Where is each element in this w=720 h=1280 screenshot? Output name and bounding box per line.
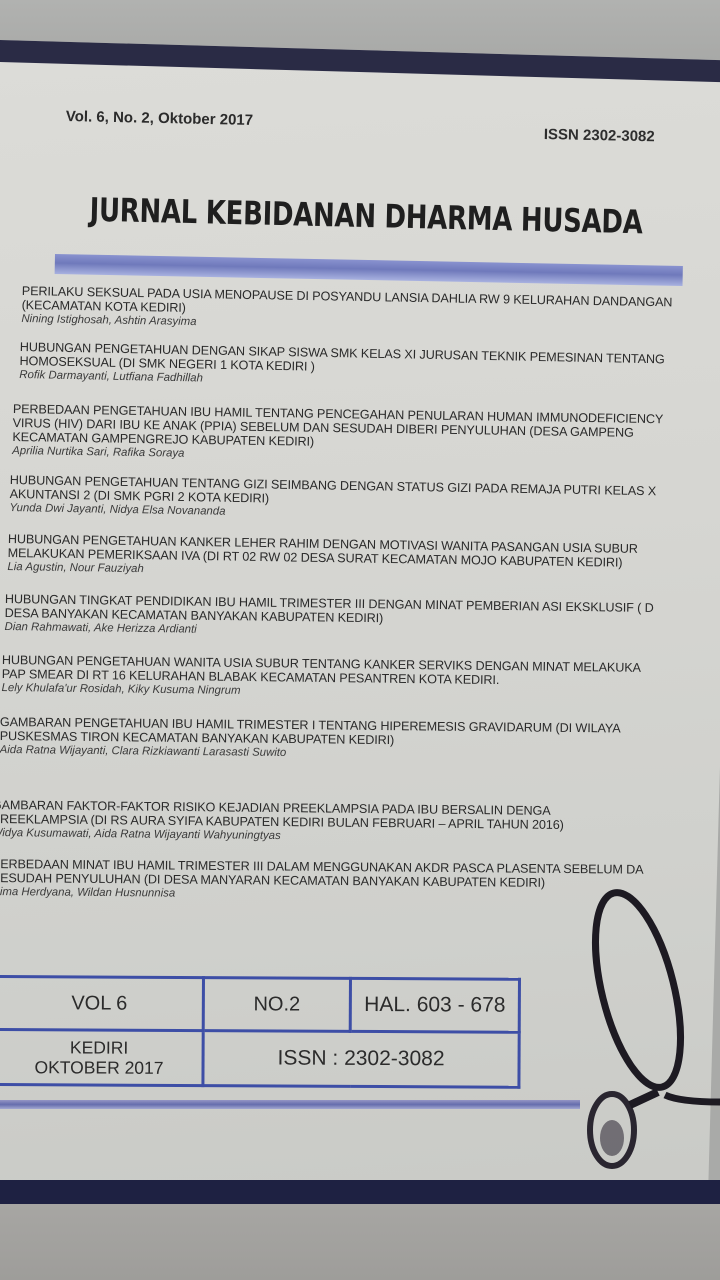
article-entry: GAMBARAN PENGETAHUAN IBU HAMIL TRIMESTER…: [0, 715, 621, 764]
article-entry: HUBUNGAN TINGKAT PENDIDIKAN IBU HAMIL TR…: [4, 592, 653, 644]
article-entry: PERBEDAAN MINAT IBU HAMIL TRIMESTER III …: [0, 857, 644, 906]
city-label: KEDIRI: [0, 1037, 202, 1058]
background-surface-bottom: [0, 1204, 720, 1280]
cover-bottom-band: [0, 1180, 720, 1204]
date-label: OKTOBER 2017: [0, 1057, 202, 1078]
pages-cell: HAL. 603 - 678: [350, 978, 519, 1032]
publication-info-table: VOL 6 NO.2 HAL. 603 - 678 KEDIRI OKTOBER…: [0, 975, 521, 1089]
article-entry: PERBEDAAN PENGETAHUAN IBU HAMIL TENTANG …: [12, 402, 663, 469]
issue-number-cell: NO.2: [203, 978, 350, 1032]
article-entry: GAMBARAN FAKTOR-FAKTOR RISIKO KEJADIAN P…: [0, 798, 564, 847]
city-date-cell: KEDIRI OKTOBER 2017: [0, 1030, 203, 1086]
issn-label: ISSN 2302-3082: [544, 126, 655, 145]
stethoscope-icon: [560, 880, 720, 1180]
issn-cell: ISSN : 2302-3082: [203, 1031, 519, 1088]
volume-cell: VOL 6: [0, 977, 203, 1031]
bottom-accent-line: [0, 1100, 580, 1109]
article-entry: HUBUNGAN PENGETAHUAN WANITA USIA SUBUR T…: [1, 653, 640, 704]
